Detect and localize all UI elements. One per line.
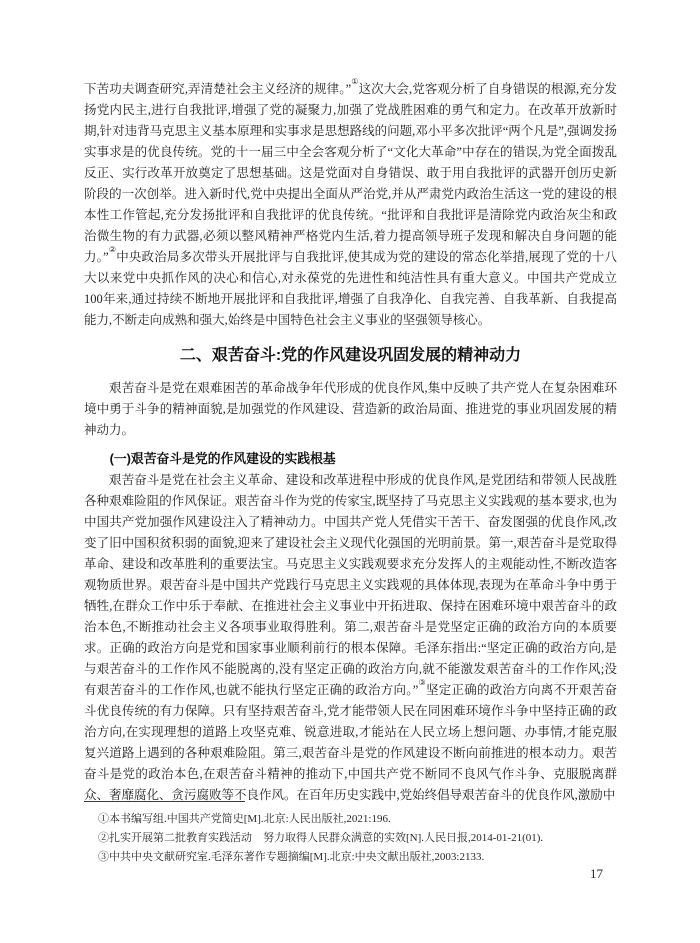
page-number: 17 xyxy=(590,866,603,882)
section-intro-paragraph: 艰苦奋斗是党在艰难困苦的革命战争年代形成的优良作风,集中反映了共产党人在复杂困难… xyxy=(84,378,617,441)
continuation-paragraph: 下苦功夫调查研究,弄清楚社会主义经济的规律。”①这次大会,党客观分析了自身错误的… xyxy=(84,79,617,331)
subsection-heading: (一)艰苦奋斗是党的作风建设的实践根基 xyxy=(84,448,617,469)
footnote-separator-rule xyxy=(84,801,245,802)
footnote-area: ①本书编写组.中国共产党简史[M].北京:人民出版社,2021:196. ②扎实… xyxy=(84,801,617,867)
footnote-1: ①本书编写组.中国共产党简史[M].北京:人民出版社,2021:196. xyxy=(84,810,617,829)
book-page: 下苦功夫调查研究,弄清楚社会主义经济的规律。”①这次大会,党客观分析了自身错误的… xyxy=(0,0,700,943)
subsection-paragraph: 艰苦奋斗是党在社会主义革命、建设和改革进程中形成的优良作风,是党团结和带领人民战… xyxy=(84,470,617,806)
footnote-2: ②扎实开展第二批教育实践活动 努力取得人民群众满意的实效[N].人民日报,201… xyxy=(84,829,617,848)
section-heading: 二、艰苦奋斗:党的作风建设巩固发展的精神动力 xyxy=(84,344,617,367)
footnote-3: ③中共中央文献研究室.毛泽东著作专题摘编[M].北京:中央文献出版社,2003:… xyxy=(84,848,617,867)
text-column: 下苦功夫调查研究,弄清楚社会主义经济的规律。”①这次大会,党客观分析了自身错误的… xyxy=(84,79,617,806)
